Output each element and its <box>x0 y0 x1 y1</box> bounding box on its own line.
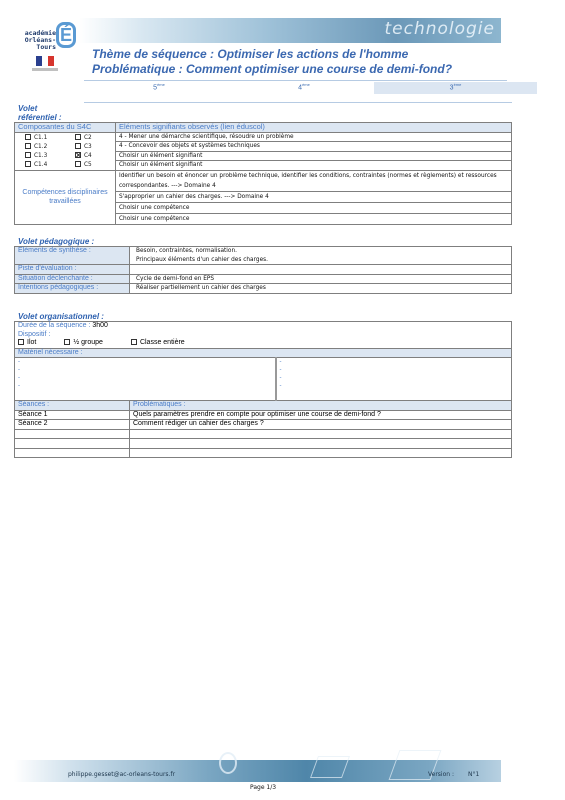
components-header: Composantes du S4C <box>15 123 116 133</box>
component-label: C1.4 <box>34 162 47 168</box>
component-checkbox[interactable]: C4 <box>75 152 115 160</box>
dispositif-option[interactable]: ½ groupe <box>64 339 103 346</box>
components-grid: C1.1C2C1.2C3C1.3C4C1.4C5 <box>15 133 115 169</box>
materiel-item: - <box>280 366 509 374</box>
competence-row[interactable]: Identifier un besoin et énoncer un probl… <box>116 170 512 191</box>
components-cell: C1.1C2C1.2C3C1.3C4C1.4C5 <box>15 132 116 170</box>
checkbox-icon[interactable] <box>18 339 24 345</box>
pedagogique-row: Eléments de synthèse :Besoin, contrainte… <box>15 247 512 265</box>
seance-row <box>15 429 512 439</box>
duree-value[interactable]: 3h00 <box>92 322 108 329</box>
version-label: Version : <box>428 771 454 778</box>
section-title-pedagogique: Volet pédagogique : <box>18 237 94 246</box>
checkbox-icon[interactable] <box>25 161 31 167</box>
value-line: Cycle de demi-fond en EPS <box>136 275 505 284</box>
element-row[interactable]: 4 - Mener une démarche scientifique, rés… <box>116 132 512 142</box>
problematiques-header: Problématiques : <box>130 401 512 411</box>
materiel-item: - <box>280 374 509 382</box>
element-row[interactable]: 4 - Concevoir des objets et systèmes tec… <box>116 142 512 152</box>
referentiel-table: Composantes du S4C Eléments signifiants … <box>14 122 512 225</box>
title-line: référentiel : <box>18 113 62 122</box>
checkbox-icon[interactable] <box>25 143 31 149</box>
component-checkbox[interactable]: C1.3 <box>25 152 75 160</box>
component-label: C3 <box>84 144 92 150</box>
component-checkbox[interactable]: C2 <box>75 134 115 142</box>
seance-problematique[interactable]: Comment rédiger un cahier des charges ? <box>130 420 512 430</box>
checkbox-icon[interactable] <box>131 339 137 345</box>
component-checkbox[interactable]: C1.4 <box>25 161 75 169</box>
divider <box>84 102 512 103</box>
competence-row[interactable]: Choisir une compétence <box>116 202 512 213</box>
seance-name[interactable] <box>15 448 130 458</box>
checkbox-icon[interactable] <box>25 134 31 140</box>
checkbox-icon[interactable] <box>25 152 31 158</box>
seance-name[interactable] <box>15 439 130 449</box>
duree-cell: Durée de la séquence : 3h00 Dispositif :… <box>15 322 512 349</box>
seance-row <box>15 448 512 458</box>
pedagogique-value[interactable]: Cycle de demi-fond en EPS <box>130 274 512 284</box>
option-label: ½ groupe <box>73 339 103 346</box>
value-line: Principaux éléments d'un cahier des char… <box>136 256 505 265</box>
materiel-item: - <box>18 374 272 382</box>
value-line <box>136 265 505 273</box>
section-title-organisationnel: Volet organisationnel : <box>18 312 104 321</box>
theme-line: Thème de séquence : Optimiser les action… <box>92 47 452 62</box>
checked-box-icon[interactable] <box>75 152 81 158</box>
seance-name[interactable]: Séance 2 <box>15 420 130 430</box>
component-label: C5 <box>84 162 92 168</box>
pedagogique-label: Intentions pédagogiques : <box>15 284 130 294</box>
ministry-caption <box>32 68 58 71</box>
competences-label: Compétences disciplinaires travaillées <box>15 170 116 224</box>
section-title-referentiel: Volet référentiel : <box>18 104 62 122</box>
materiel-left[interactable]: ---- <box>15 358 276 401</box>
component-label: C4 <box>84 153 92 159</box>
decorative-circle-icon <box>219 752 237 774</box>
elements-header[interactable]: Eléments signifiants observés (lien édus… <box>116 123 512 133</box>
pedagogique-label: Situation déclenchante : <box>15 274 130 284</box>
page-number: Page 1/3 <box>250 784 276 791</box>
checkbox-icon[interactable] <box>75 143 81 149</box>
seance-row: Séance 1Quels paramètres prendre en comp… <box>15 410 512 420</box>
component-label: C1.1 <box>34 135 47 141</box>
dispositif-option[interactable]: Ilot <box>18 339 36 346</box>
component-label: C2 <box>84 135 92 141</box>
seance-problematique[interactable] <box>130 439 512 449</box>
materiel-header: Matériel nécessaire : <box>15 348 512 358</box>
component-checkbox[interactable]: C3 <box>75 143 115 151</box>
sequence-title: Thème de séquence : Optimiser les action… <box>92 47 452 77</box>
seance-problematique[interactable]: Quels paramètres prendre en compte pour … <box>130 410 512 420</box>
academie-logo-text: académie Orléans-Tours <box>16 30 56 51</box>
option-label: Ilot <box>27 339 36 346</box>
decorative-hexagon-icon <box>310 756 350 778</box>
component-checkbox[interactable]: C1.1 <box>25 134 75 142</box>
pedagogique-value[interactable]: Réaliser partiellement un cahier des cha… <box>130 284 512 294</box>
materiel-right[interactable]: ---- <box>276 358 512 401</box>
level-suffix: ème <box>302 82 310 87</box>
seance-row: Séance 2Comment rédiger un cahier des ch… <box>15 420 512 430</box>
pedagogique-value[interactable]: Besoin, contraintes, normalisation.Princ… <box>130 247 512 265</box>
competence-row[interactable]: Choisir une compétence <box>116 213 512 224</box>
component-label: C1.2 <box>34 144 47 150</box>
pedagogique-row: Intentions pédagogiques :Réaliser partie… <box>15 284 512 294</box>
level-3eme[interactable]: 3ème <box>374 82 537 94</box>
pedagogique-row: Situation déclenchante :Cycle de demi-fo… <box>15 274 512 284</box>
value-line: Réaliser partiellement un cahier des cha… <box>136 284 505 293</box>
level-selector: 5ème 4ème 3ème <box>84 80 507 95</box>
pedagogique-label: Eléments de synthèse : <box>15 247 130 265</box>
academie-logo: académie Orléans-Tours É <box>16 16 76 72</box>
duree-label: Durée de la séquence : <box>18 322 90 329</box>
seance-problematique[interactable] <box>130 448 512 458</box>
checkbox-icon[interactable] <box>64 339 70 345</box>
organisationnel-table: Durée de la séquence : 3h00 Dispositif :… <box>14 321 512 458</box>
level-5eme[interactable]: 5ème <box>84 82 234 94</box>
author-email[interactable]: philippe.gesset@ac-orleans-tours.fr <box>68 771 175 778</box>
materiel-item: - <box>18 366 272 374</box>
seance-name[interactable] <box>15 429 130 439</box>
materiel-item: - <box>18 358 272 366</box>
version-value: N°1 <box>468 771 479 778</box>
checkbox-icon[interactable] <box>75 134 81 140</box>
dispositif-options: Ilot½ groupeClasse entière <box>18 339 185 346</box>
materiel-item: - <box>280 382 509 390</box>
dispositif-label: Dispositif : <box>18 331 50 338</box>
option-label: Classe entière <box>140 339 185 346</box>
materiel-item: - <box>280 358 509 366</box>
component-checkbox[interactable]: C5 <box>75 161 115 169</box>
pedagogique-label: Piste d'évaluation : <box>15 265 130 275</box>
value-line: Besoin, contraintes, normalisation. <box>136 247 505 256</box>
component-checkbox[interactable]: C1.2 <box>25 143 75 151</box>
pedagogique-row: Piste d'évaluation : <box>15 265 512 275</box>
seance-problematique[interactable] <box>130 429 512 439</box>
academie-e-icon: É <box>56 22 76 48</box>
seances-header: Séances : <box>15 401 130 411</box>
footer-banner: philippe.gesset@ac-orleans-tours.fr Vers… <box>14 760 501 782</box>
materiel-item: - <box>18 382 272 390</box>
problematique-line: Problématique : Comment optimiser une co… <box>92 62 452 77</box>
banner-brand: technologie <box>384 19 495 39</box>
republique-flag-icon <box>36 56 54 66</box>
element-row[interactable]: Choisir un élément signifiant <box>116 151 512 161</box>
logo-line-2: Orléans-Tours <box>16 37 56 51</box>
competence-row[interactable]: S'approprier un cahier des charges. --->… <box>116 191 512 202</box>
pedagogique-table: Eléments de synthèse :Besoin, contrainte… <box>14 246 512 294</box>
checkbox-icon[interactable] <box>75 161 81 167</box>
seance-name[interactable]: Séance 1 <box>15 410 130 420</box>
level-suffix: ème <box>454 82 462 87</box>
level-suffix: ème <box>157 82 165 87</box>
dispositif-option[interactable]: Classe entière <box>131 339 185 346</box>
header-banner: technologie <box>79 18 501 43</box>
seance-row <box>15 439 512 449</box>
level-4eme[interactable]: 4ème <box>234 82 374 94</box>
pedagogique-value[interactable] <box>130 265 512 275</box>
element-row[interactable]: Choisir un élément signifiant <box>116 161 512 171</box>
component-label: C1.3 <box>34 153 47 159</box>
title-line: Volet <box>18 104 62 113</box>
